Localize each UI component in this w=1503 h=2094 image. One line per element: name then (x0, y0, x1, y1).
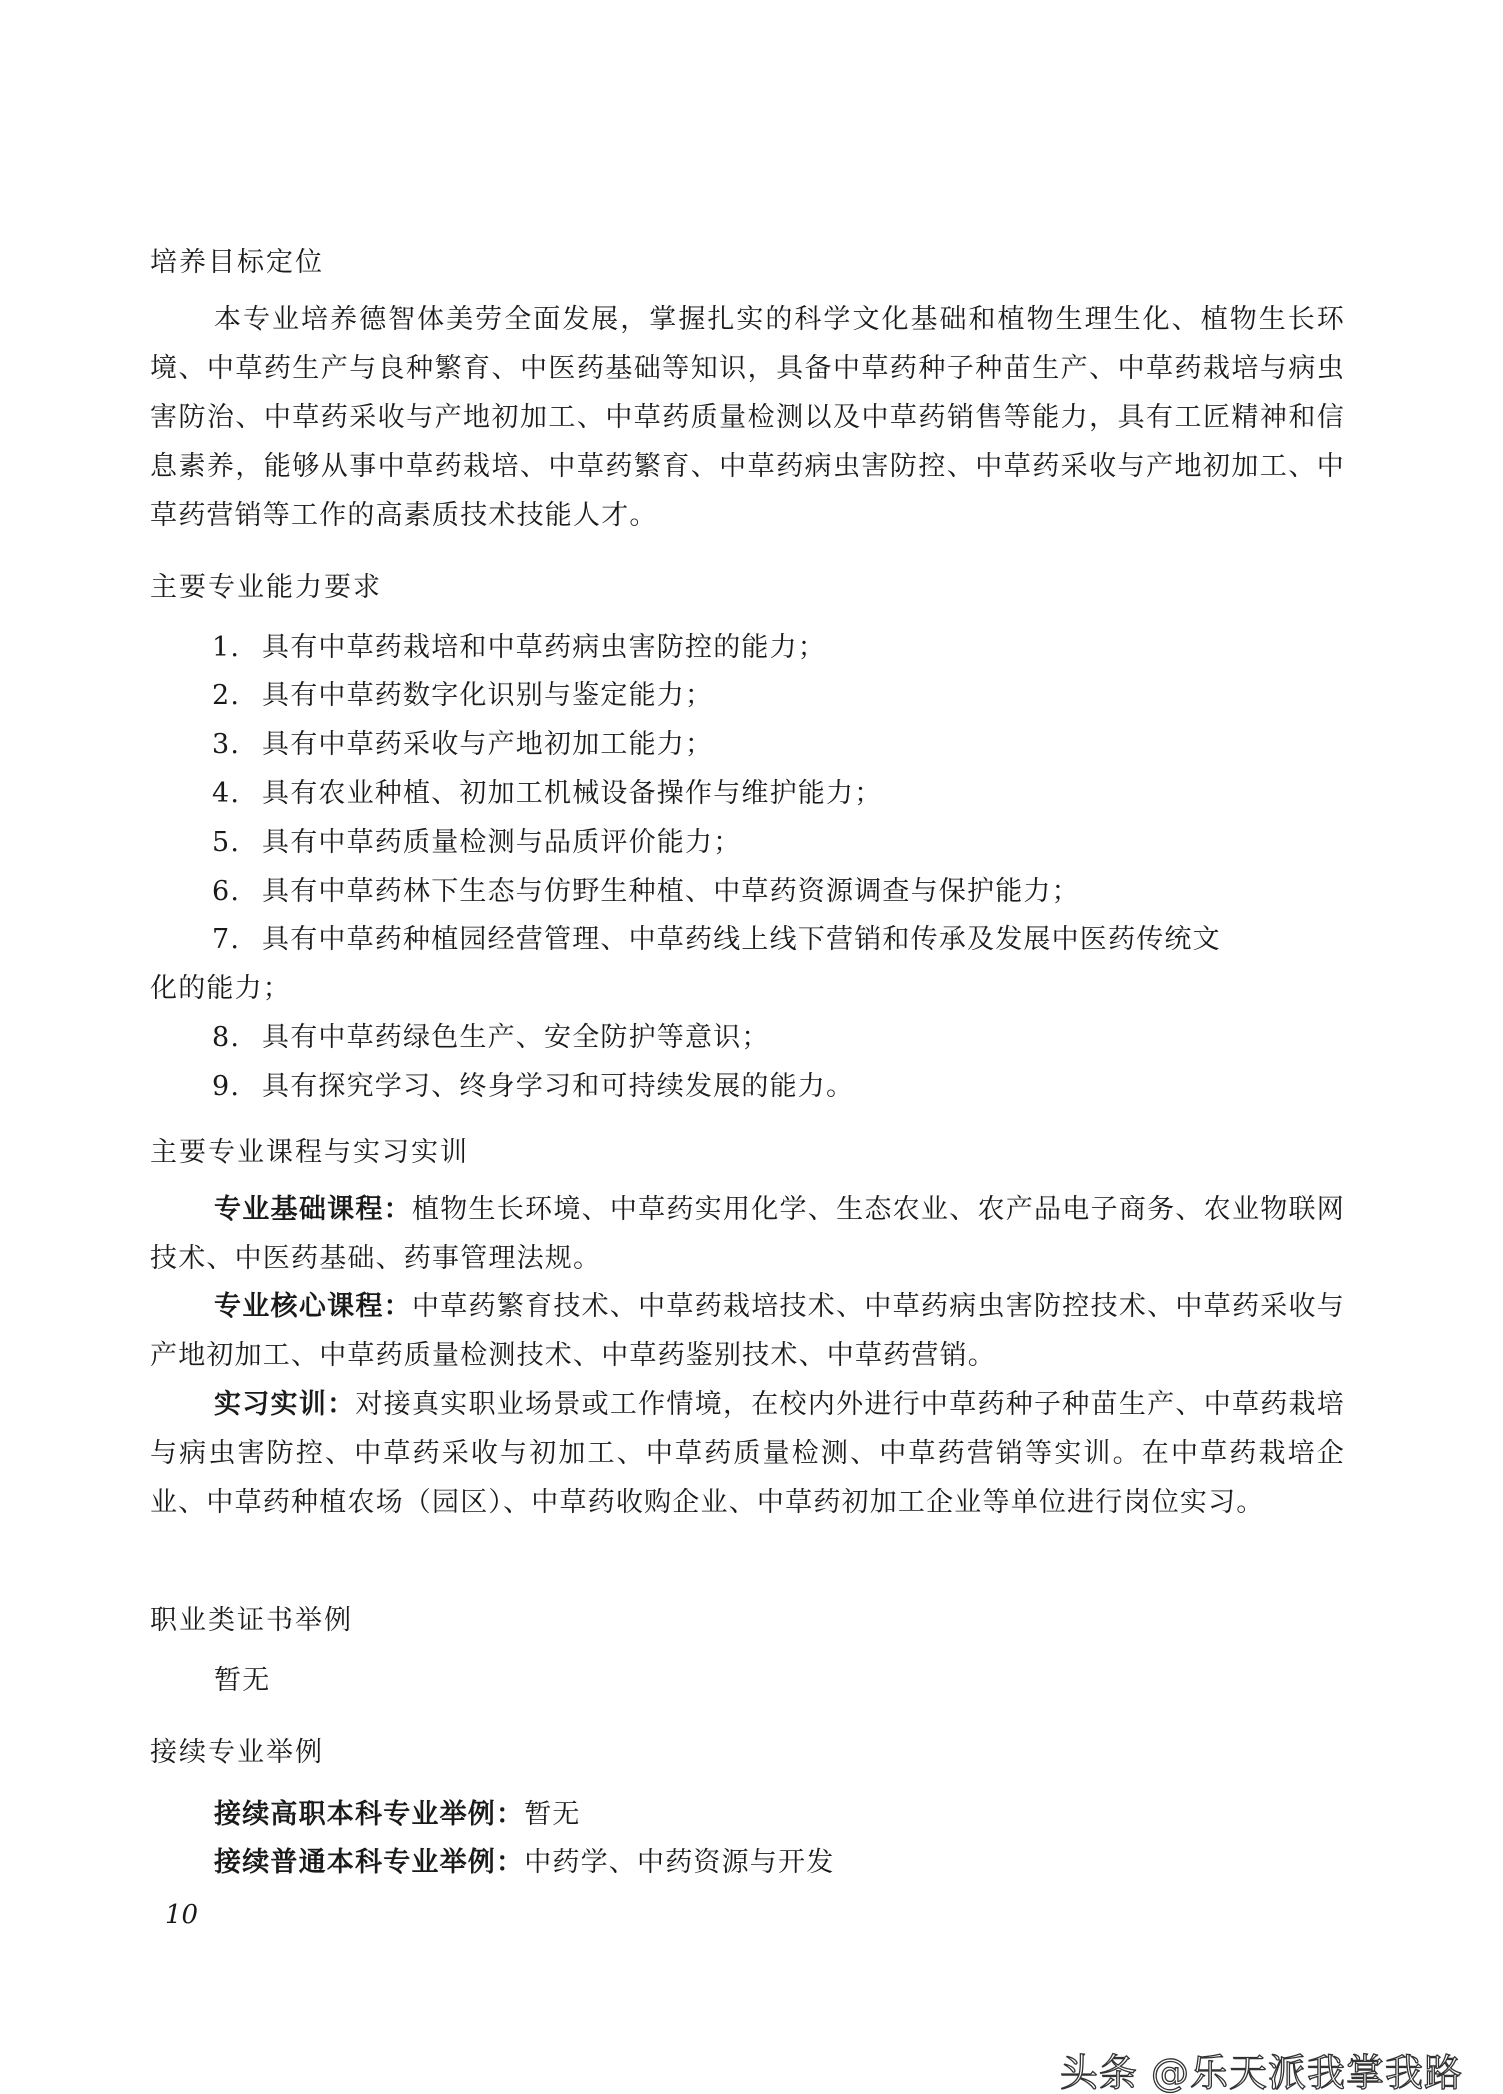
practice-paragraph: 实习实训：对接真实职业场景或工作情境，在校内外进行中草药种子种苗生产、中草药栽培… (150, 1380, 1345, 1527)
heading-goal: 培养目标定位 (150, 240, 324, 279)
ability-item-5: 5.具有中草药质量检测与品质评价能力； (212, 820, 741, 859)
page-number: 10 (165, 1900, 198, 1930)
ability-item-2: 2.具有中草药数字化识别与鉴定能力； (212, 673, 713, 712)
ability-item-1: 1.具有中草药栽培和中草药病虫害防控的能力； (212, 625, 826, 664)
basic-courses-paragraph: 专业基础课程：植物生长环境、中草药实用化学、生态农业、农产品电子商务、农业物联网… (150, 1185, 1345, 1283)
core-courses-paragraph: 专业核心课程：中草药繁育技术、中草药栽培技术、中草药病虫害防控技术、中草药采收与… (150, 1282, 1345, 1380)
undergraduate-line: 接续普通本科专业举例：中药学、中药资源与开发 (214, 1840, 834, 1879)
ability-item-9: 9.具有探究学习、终身学习和可持续发展的能力。 (212, 1064, 854, 1103)
watermark: 头条 @乐天派我掌我路 (1060, 2042, 1463, 2094)
higher-vocational-line: 接续高职本科专业举例：暂无 (214, 1792, 581, 1831)
ability-item-4: 4.具有农业种植、初加工机械设备操作与维护能力； (212, 771, 882, 810)
heading-courses: 主要专业课程与实习实训 (150, 1130, 469, 1169)
ability-item-7: 7.具有中草药种植园经营管理、中草药线上线下营销和传承及发展中医药传统文 (212, 917, 1221, 956)
heading-continuing: 接续专业举例 (150, 1730, 324, 1769)
certificates-text: 暂无 (214, 1658, 270, 1697)
heading-abilities: 主要专业能力要求 (150, 565, 382, 604)
ability-item-6: 6.具有中草药林下生态与仿野生种植、中草药资源调查与保护能力； (212, 869, 1080, 908)
ability-item-7-cont: 化的能力； (150, 966, 291, 1005)
ability-item-3: 3.具有中草药采收与产地初加工能力； (212, 722, 713, 761)
heading-certificates: 职业类证书举例 (150, 1598, 353, 1637)
ability-item-8: 8.具有中草药绿色生产、安全防护等意识； (212, 1015, 770, 1054)
goal-paragraph: 本专业培养德智体美劳全面发展，掌握扎实的科学文化基础和植物生理生化、植物生长环境… (150, 295, 1345, 540)
